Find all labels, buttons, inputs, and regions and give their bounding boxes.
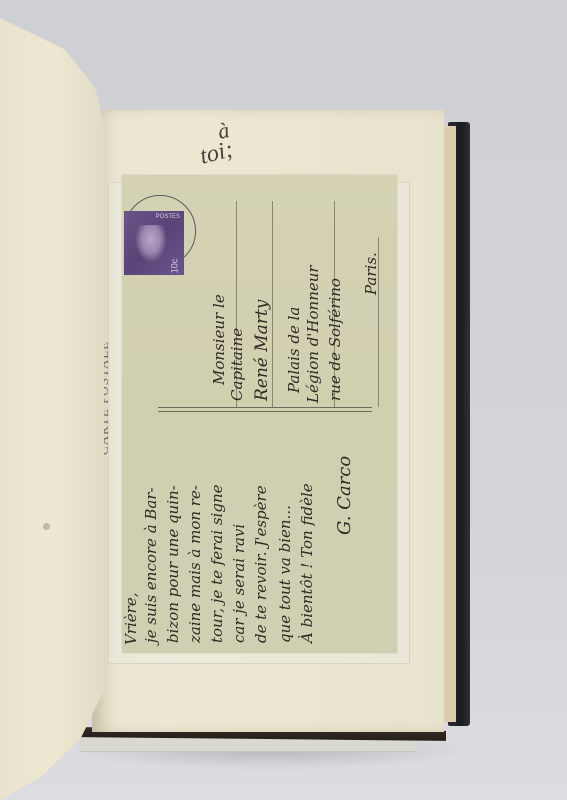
address-line: Paris. bbox=[362, 252, 380, 295]
message-line: Vrière, bbox=[122, 593, 140, 646]
signature: G. Carco bbox=[334, 456, 355, 535]
message-line: zaine mais à mon re- bbox=[186, 485, 204, 643]
stamp-sower-figure-icon bbox=[136, 225, 166, 261]
address-rule bbox=[272, 201, 273, 407]
address-line: Capitaine bbox=[228, 328, 246, 401]
address-line: Légion d'Honneur bbox=[304, 265, 322, 403]
stamp-value: 10c bbox=[170, 259, 180, 274]
photo-scene: à toi; POSTES 10c CARTE POSTALE Monsieur… bbox=[0, 0, 567, 800]
message-line: bizon pour une quin- bbox=[164, 485, 182, 643]
message-line: que tout va bien... bbox=[276, 505, 294, 643]
message-line: tour, je te ferai signe bbox=[208, 485, 226, 644]
left-page-curled bbox=[0, 18, 104, 800]
message-line: de te revoir. J'espère bbox=[252, 485, 270, 643]
message-line: À bientôt ! Ton fidèle bbox=[298, 483, 316, 643]
address-line: Palais de la bbox=[285, 307, 303, 393]
postcard: POSTES 10c CARTE POSTALE Monsieur le Cap… bbox=[122, 175, 397, 653]
postage-stamp-icon: POSTES 10c bbox=[124, 211, 184, 275]
message-line: je suis encore à Bar- bbox=[142, 487, 160, 643]
address-line: rue de Solférino bbox=[326, 278, 344, 401]
address-line: Monsieur le bbox=[210, 294, 228, 385]
postcard-divider bbox=[158, 407, 372, 412]
message-line: car je serai ravi bbox=[230, 524, 248, 643]
address-line: René Marty bbox=[252, 300, 272, 401]
paper-spot bbox=[43, 523, 50, 530]
stamp-label: POSTES bbox=[156, 214, 180, 220]
